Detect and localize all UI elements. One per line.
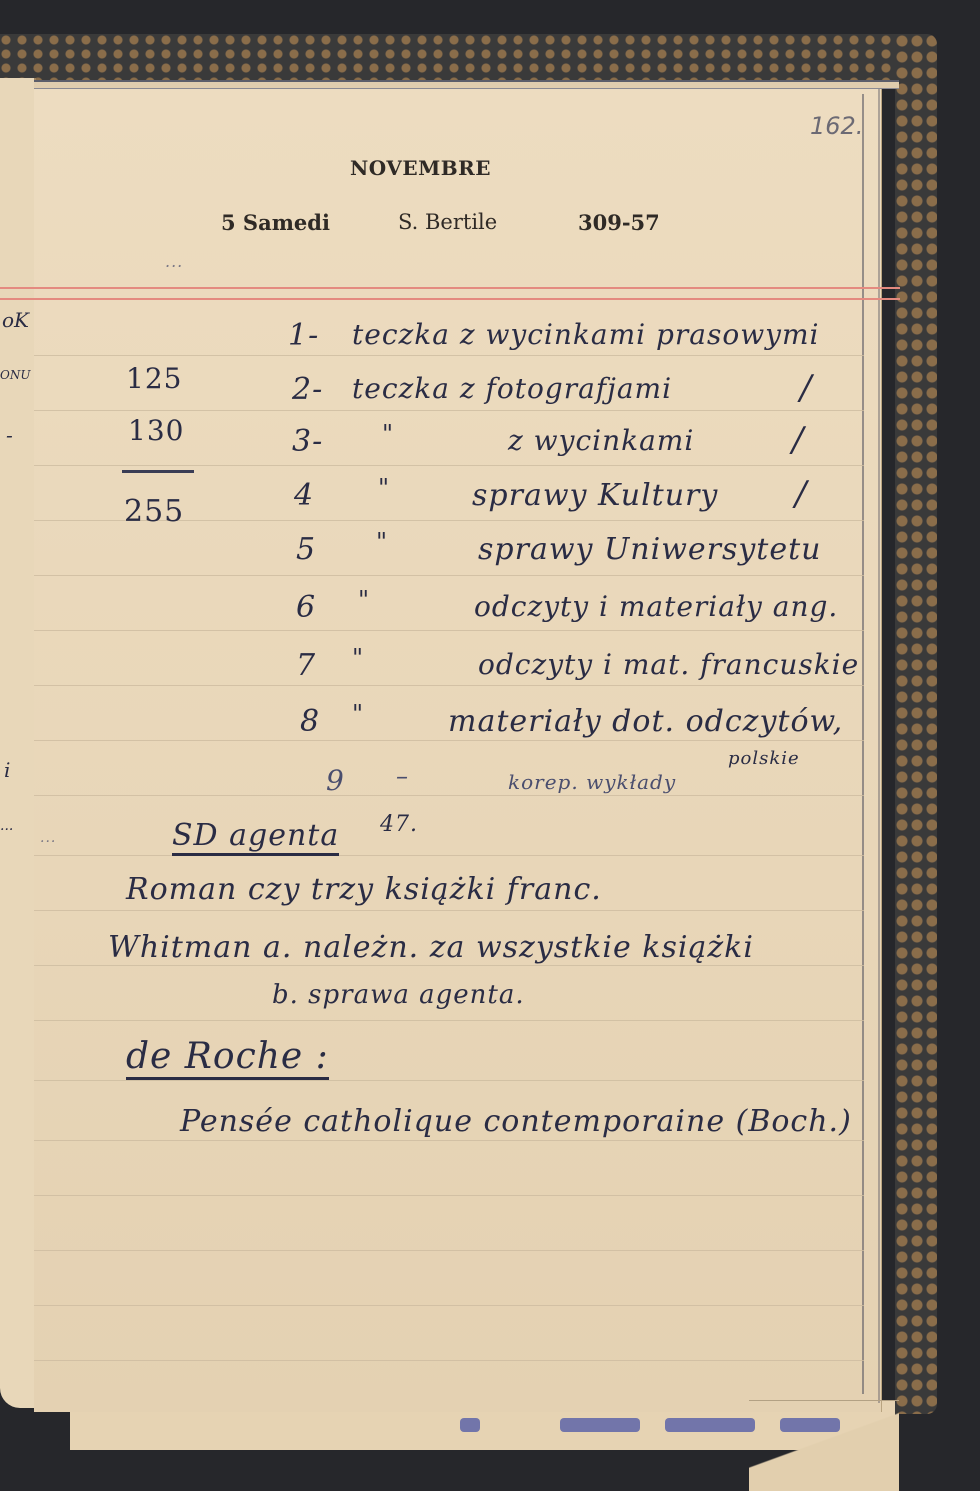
book-cover-top-edge <box>0 34 935 86</box>
stamp-fragment <box>460 1418 480 1432</box>
book-cover-right-edge <box>895 34 937 1414</box>
ditto-mark: " <box>352 700 364 728</box>
ditto-mark: " <box>358 586 370 614</box>
left-page-fragment: ONU <box>0 368 30 382</box>
ruled-line <box>34 910 864 911</box>
ruled-line <box>34 685 864 686</box>
sum-value: 130 <box>128 414 184 447</box>
month-heading: NOVEMBRE <box>350 156 491 180</box>
faint-note: ... <box>165 252 183 271</box>
item-extra: polskie <box>728 748 800 769</box>
header-rule <box>0 298 900 300</box>
header-rule <box>0 287 900 289</box>
ditto-mark: – <box>396 762 409 790</box>
folded-corner <box>749 1400 899 1491</box>
item-number: 1- <box>288 318 319 353</box>
agenda-suffix: 47. <box>380 812 418 837</box>
ruled-line <box>34 465 864 466</box>
agenda-heading-text: SD agenta <box>172 818 339 856</box>
left-page-fragment: ... <box>0 818 13 834</box>
ditto-mark: " <box>376 528 388 556</box>
sum-total: 255 <box>124 494 184 529</box>
item-number: 8 <box>300 704 320 739</box>
item-number: 9 <box>326 764 345 797</box>
left-page-fragment: - <box>6 423 13 447</box>
item-text: z wycinkami <box>508 424 694 457</box>
note-line: Roman czy trzy książki franc. <box>126 872 602 907</box>
item-number: 7 <box>296 648 316 683</box>
sum-value: 125 <box>126 362 182 395</box>
item-number: 2- <box>292 372 323 407</box>
item-text: teczka z wycinkami prasowymi <box>352 318 820 351</box>
ruled-line <box>34 1250 864 1251</box>
ruled-line <box>34 410 864 411</box>
ruled-line <box>34 965 864 966</box>
check-mark: / <box>795 474 807 514</box>
ditto-mark: " <box>378 474 390 502</box>
item-text: materiały dot. odczytów, <box>448 704 843 739</box>
day-label: 5 Samedi <box>221 210 330 235</box>
ruled-line <box>34 855 864 856</box>
day-number: 309-57 <box>578 210 660 235</box>
stamp-fragment <box>665 1418 755 1432</box>
page-number: 162. <box>810 112 863 140</box>
left-page-fragment: oK <box>2 308 29 332</box>
ruled-line <box>34 1360 864 1361</box>
sum-line <box>122 470 194 473</box>
left-page-fragment: i <box>4 758 10 782</box>
item-text: teczka z fotografjami <box>352 372 672 405</box>
item-text: odczyty i mat. francuskie <box>478 648 859 681</box>
check-mark: / <box>800 368 812 408</box>
ruled-line <box>34 1080 864 1081</box>
item-text: sprawy Kultury <box>472 478 718 513</box>
item-text: korep. wykłady <box>508 770 676 794</box>
ditto-mark: " <box>352 644 364 672</box>
ruled-line <box>34 795 864 796</box>
ruled-line <box>34 1140 864 1141</box>
stamp-fragment <box>560 1418 640 1432</box>
ruled-line <box>34 1020 864 1021</box>
smudged-note: ... <box>40 830 56 846</box>
page-border <box>878 88 880 1403</box>
item-text: sprawy Uniwersytetu <box>478 532 822 567</box>
agenda-heading: SD agenta <box>172 818 339 853</box>
item-number: 6 <box>296 590 316 625</box>
page-border <box>862 94 864 1394</box>
page-top-edge <box>34 80 899 89</box>
item-number: 4 <box>294 478 314 513</box>
de-roche-heading: de Roche : <box>126 1036 329 1080</box>
check-mark: / <box>792 420 804 460</box>
note-line: Pensée catholique contemporaine (Boch.) <box>180 1104 852 1139</box>
left-page-edge: oK ONU - i ... <box>0 78 36 1408</box>
ditto-mark: " <box>382 420 394 448</box>
diary-page <box>34 82 882 1412</box>
saint-label: S. Bertile <box>398 210 497 234</box>
ruled-line <box>34 740 864 741</box>
item-number: 3- <box>292 424 323 459</box>
item-number: 5 <box>296 532 316 567</box>
ruled-line <box>34 575 864 576</box>
ruled-line <box>34 1195 864 1196</box>
ruled-line <box>34 1305 864 1306</box>
item-text: odczyty i materiały ang. <box>474 590 838 623</box>
ruled-line <box>34 630 864 631</box>
ruled-line <box>34 355 864 356</box>
note-line: b. sprawa agenta. <box>272 980 525 1010</box>
note-line: Whitman a. należn. za wszystkie książki <box>108 930 754 965</box>
